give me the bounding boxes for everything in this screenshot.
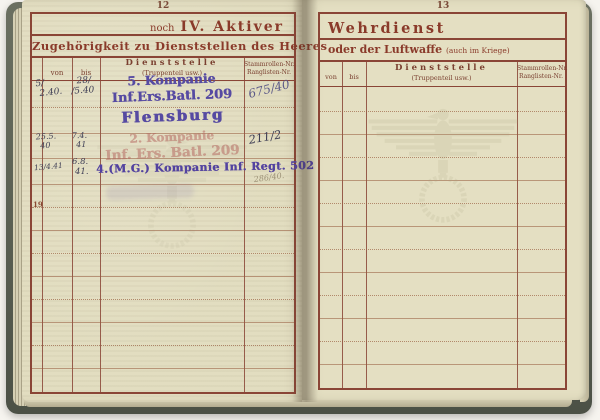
date-part: 2.40. — [39, 87, 63, 100]
row-line — [320, 157, 565, 158]
page-number-right: 13 — [428, 1, 458, 11]
row-line — [320, 180, 565, 181]
section-header: Wehrdienst — [328, 18, 446, 37]
date-part: /5.40 — [71, 86, 95, 98]
entry-von-date: 5/ 2.40. — [35, 77, 63, 100]
date-part: 40 — [40, 141, 57, 151]
col-stammrollen: Stammrollen-Nr. — [517, 65, 565, 72]
left-table: nochIV. Aktiver Zugehörigkeit zu Diensts… — [30, 12, 296, 394]
subheader: oder der Luftwaffe (auch im Kriege) — [328, 43, 510, 56]
section-header-main: IV. Aktiver — [181, 19, 284, 35]
col-dienststelle: Dienststelle — [366, 63, 517, 73]
row-line — [32, 345, 294, 346]
entry-bis-date: 6.8. 41. — [72, 158, 89, 178]
entry-von-date: 13/4.41 — [34, 162, 63, 173]
subheader-note: (auch im Kriege) — [446, 46, 510, 55]
row-line — [32, 230, 294, 231]
reichsadler-eagle-watermark — [362, 102, 524, 234]
grid-line — [320, 86, 565, 87]
entry-bis-date: 7.4. 41 — [72, 131, 88, 150]
section-header: nochIV. Aktiver — [150, 16, 284, 35]
date-part: 41 — [76, 140, 88, 150]
col-von: von — [42, 69, 72, 77]
col-bis: bis — [342, 73, 366, 81]
row-line — [320, 364, 565, 365]
row-line — [320, 272, 565, 273]
scanned-military-record-book: 12 13 nochIV. Aktiver Zugehörigkeit zu D… — [0, 0, 600, 420]
row-line — [320, 341, 565, 342]
row-line — [32, 276, 294, 277]
row-line — [32, 368, 294, 369]
section-header-main: Wehrdienst — [328, 20, 446, 37]
subheader-main: oder der Luftwaffe — [328, 43, 442, 56]
row-line — [320, 318, 565, 319]
page-number-left: 12 — [148, 1, 178, 11]
right-table: Wehrdienst oder der Luftwaffe (auch im K… — [318, 12, 567, 390]
sheet-margin-number: 19 — [33, 200, 43, 209]
col-von: von — [320, 73, 342, 81]
grid-line — [32, 34, 294, 36]
row-line — [320, 134, 565, 135]
entry-bis-date: 28/ /5.40 — [70, 75, 94, 97]
entry-stammrollen-nr: 211/2 — [239, 126, 291, 148]
section-header-prefix: noch — [150, 23, 175, 34]
col-ranglisten: Ranglisten-Nr. — [517, 73, 565, 80]
row-line — [320, 295, 565, 296]
col-stammrollen: Stammrollen-Nr. — [244, 61, 294, 68]
grid-line — [320, 60, 565, 62]
faded-stamp-remnant — [106, 183, 194, 200]
row-line — [320, 226, 565, 227]
row-line — [32, 253, 294, 254]
row-line — [32, 207, 294, 208]
subheader: Zugehörigkeit zu Dienststellen des Heere… — [32, 39, 294, 53]
unit-stamp: 5. Kompanie Inf.Ers.Batl. 209 Flensburg — [99, 70, 245, 129]
grid-line — [366, 60, 367, 388]
date-part: 41. — [75, 168, 89, 178]
stamp-line: Flensburg — [100, 103, 245, 128]
grid-line — [320, 38, 565, 40]
row-line — [32, 299, 294, 300]
row-line — [320, 111, 565, 112]
col-dienststelle: Dienststelle — [100, 58, 244, 68]
entry-von-date: 25.5. 40 — [36, 131, 57, 150]
unit-stamp-faded: 2. Kompanie Inf. Ers. Batl. 209 — [99, 127, 244, 165]
row-line — [32, 322, 294, 323]
row-line — [320, 203, 565, 204]
grid-line — [342, 60, 343, 388]
col-dienststelle-sub: (Truppenteil usw.) — [366, 74, 517, 82]
grid-line — [517, 60, 518, 388]
col-ranglisten: Ranglisten-Nr. — [244, 69, 294, 76]
row-line — [320, 249, 565, 250]
